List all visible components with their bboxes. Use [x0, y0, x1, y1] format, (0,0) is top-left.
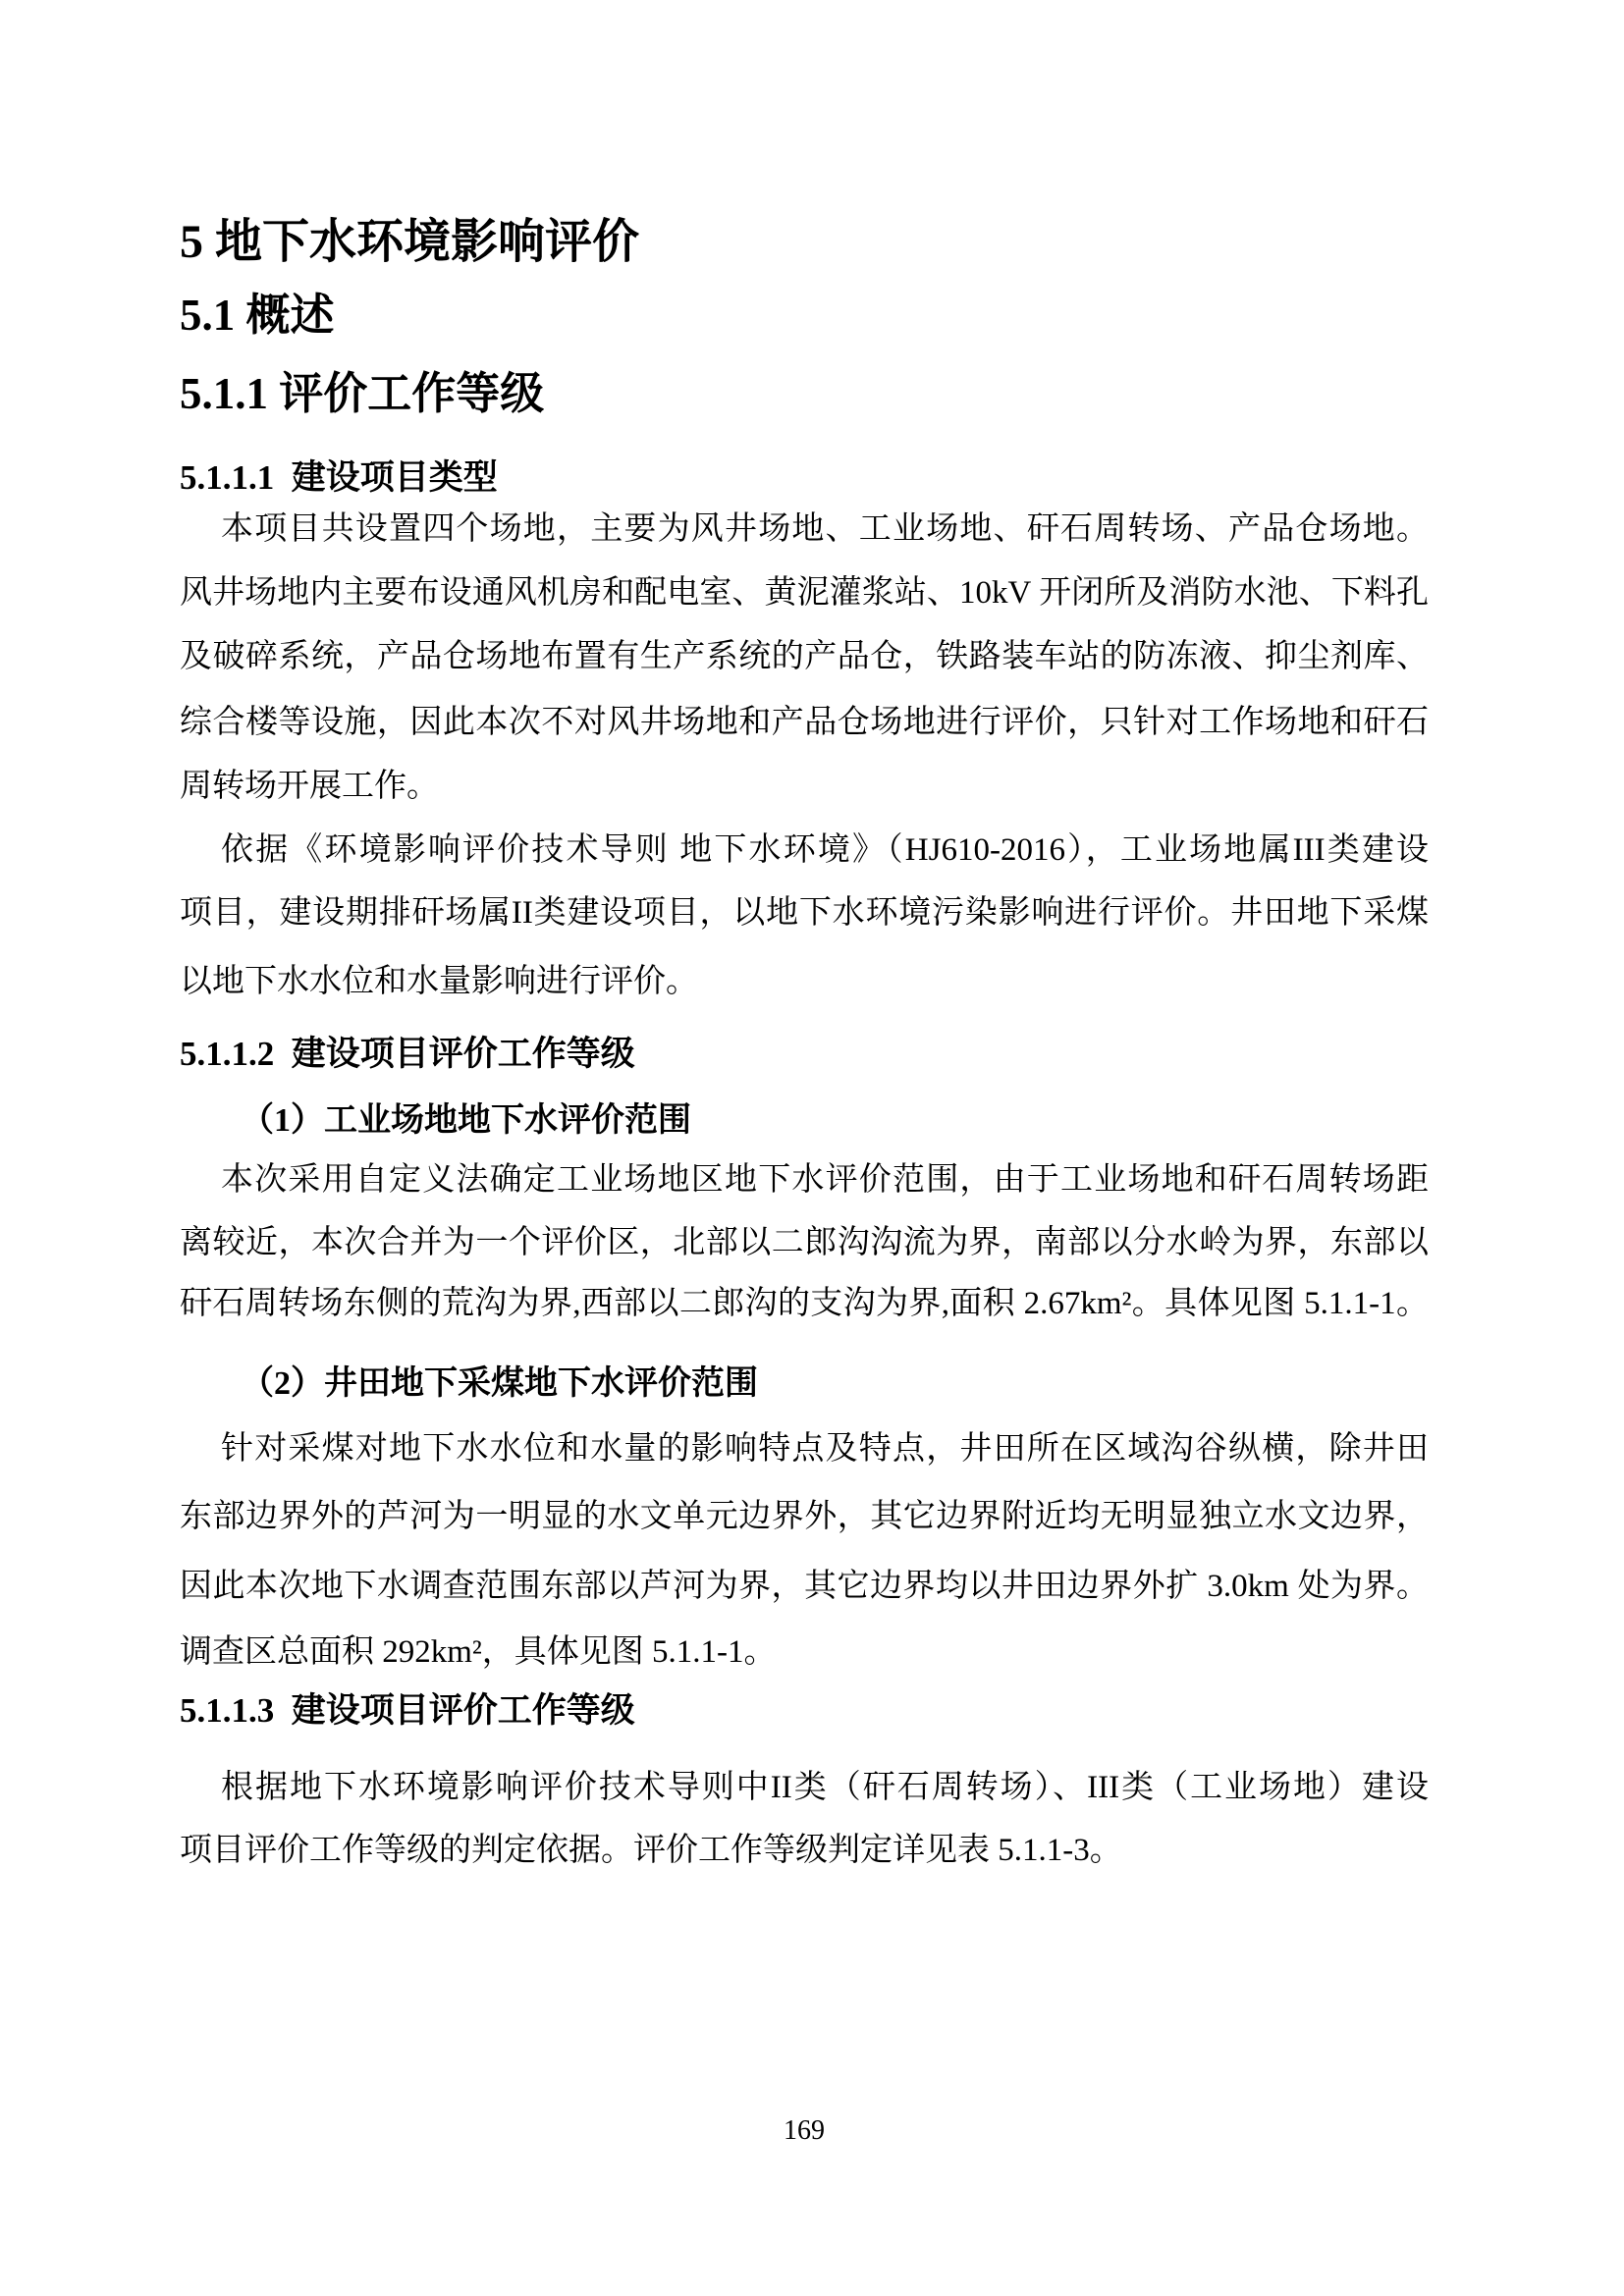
paragraph-line: 综合楼等设施，因此本次不对风井场地和产品仓场地进行评价，只针对工作场地和矸石 [180, 704, 1429, 743]
paragraph-line: 及破碎系统，产品仓场地布置有生产系统的产品仓，铁路装车站的防冻液、抑尘剂库、 [180, 638, 1429, 677]
paragraph-line: 调查区总面积 292km²，具体见图 5.1.1-1。 [180, 1633, 1429, 1673]
paragraph-line: 项目评价工作等级的判定依据。评价工作等级判定详见表 5.1.1-3。 [180, 1832, 1429, 1871]
paragraph-line: 针对采煤对地下水水位和水量的影响特点及特点，井田所在区域沟谷纵横，除井田 [221, 1430, 1429, 1469]
section-heading-5-1: 5.1 概述 [180, 289, 1429, 342]
paragraph-line: 离较近，本次合并为一个评价区，北部以二郎沟沟流为界，南部以分水岭为界，东部以 [180, 1224, 1429, 1263]
paragraph-line: 以地下水水位和水量影响进行评价。 [180, 963, 1429, 1002]
paragraph-line: 周转场开展工作。 [180, 768, 1429, 807]
paragraph-line: 东部边界外的芦河为一明显的水文单元边界外，其它边界附近均无明显独立水文边界， [180, 1498, 1429, 1537]
heading-5-1-1-3: 5.1.1.3 建设项目评价工作等级 [180, 1690, 1429, 1732]
heading-5-1-1-2: 5.1.1.2 建设项目评价工作等级 [180, 1034, 1429, 1075]
paragraph-line: 本次采用自定义法确定工业场地区地下水评价范围，由于工业场地和矸石周转场距 [221, 1161, 1429, 1201]
paragraph-line: 项目，建设期排矸场属II类建设项目，以地下水环境污染影响进行评价。井田地下采煤 [180, 894, 1429, 934]
chapter-heading: 5 地下水环境影响评价 [180, 214, 1429, 271]
paragraph-line: 风井场地内主要布设通风机房和配电室、黄泥灌浆站、10kV 开闭所及消防水池、下料… [180, 574, 1429, 614]
heading-5-1-1-1: 5.1.1.1 建设项目类型 [180, 457, 1429, 499]
paragraph-line: 本项目共设置四个场地，主要为风井场地、工业场地、矸石周转场、产品仓场地。 [221, 510, 1429, 550]
page-number: 169 [180, 2114, 1429, 2148]
paragraph-line: 根据地下水环境影响评价技术导则中II类（矸石周转场）、III类（工业场地）建设 [221, 1769, 1429, 1808]
paragraph-line: 依据《环境影响评价技术导则 地下水环境》（HJ610-2016），工业场地属II… [221, 831, 1429, 871]
list-item-heading-1: （1）工业场地地下水评价范围 [241, 1101, 1489, 1142]
document-page: 5 地下水环境影响评价 5.1 概述 5.1.1 评价工作等级 5.1.1.1 … [0, 0, 1624, 2296]
paragraph-line: 矸石周转场东侧的荒沟为界,西部以二郎沟的支沟为界,面积 2.67km²。具体见图… [180, 1285, 1429, 1324]
subsection-heading-5-1-1: 5.1.1 评价工作等级 [180, 367, 1429, 420]
list-item-heading-2: （2）井田地下采煤地下水评价范围 [241, 1364, 1489, 1405]
paragraph-line: 因此本次地下水调查范围东部以芦河为界，其它边界均以井田边界外扩 3.0km 处为… [180, 1568, 1429, 1607]
